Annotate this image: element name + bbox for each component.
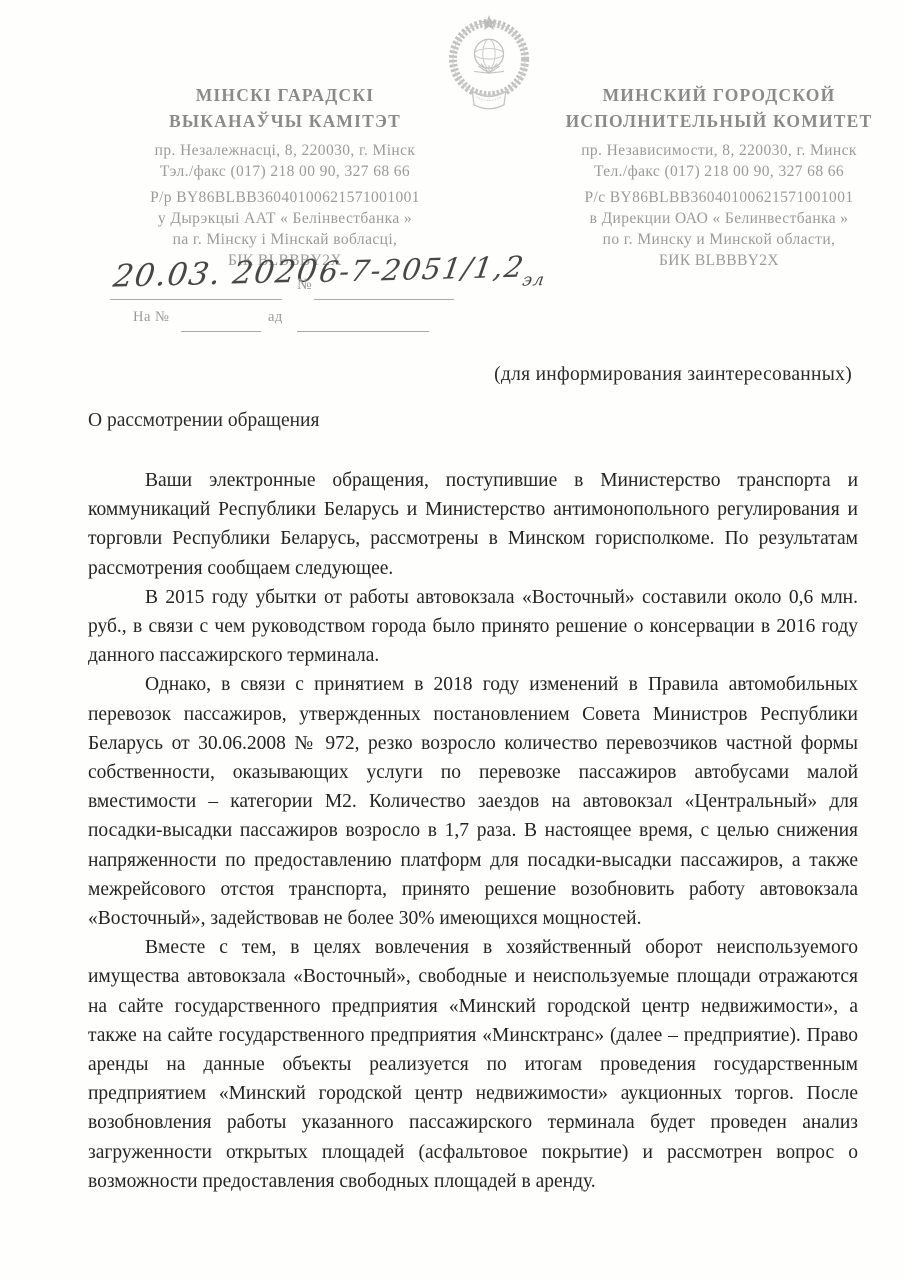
org-name-be-line1: МІНСКІ ГАРАДСКІ: [96, 82, 474, 108]
address-be: пр. Незалежнасці, 8, 220030, г. Мінск: [96, 140, 474, 161]
incoming-number-underline: [181, 331, 261, 332]
handwritten-date: 20.03. 2020: [111, 253, 321, 294]
account-be: Р/р BY86BLBB36040100621571001001: [96, 187, 474, 208]
number-underline: [314, 299, 454, 300]
account-ru: Р/с BY86BLBB36040100621571001001: [528, 187, 905, 208]
outgoing-number: 6-7-2051/1,2: [317, 250, 527, 289]
body-paragraph: В 2015 году убытки от работы автовокзала…: [88, 583, 858, 671]
body-paragraph: Вместе с тем, в целях вовлечения в хозяй…: [88, 933, 858, 1196]
handwritten-outgoing-number: 6-7-2051/1,2эл: [317, 249, 550, 289]
letterhead-right: МИНСКИЙ ГОРОДСКОЙ ИСПОЛНИТЕЛЬНЫЙ КОМИТЕТ…: [528, 82, 905, 271]
bank-be-line1: у Дырэкцыі ААТ « Белінвестбанка »: [96, 208, 474, 229]
address-ru: пр. Независимости, 8, 220030, г. Минск: [528, 140, 905, 161]
date-underline: [110, 299, 282, 300]
incoming-date-label: ад: [268, 309, 283, 326]
bik-ru: БИК BLBBBY2X: [528, 250, 905, 271]
outgoing-number-note: эл: [521, 270, 546, 291]
org-name-be-line2: ВЫКАНАЎЧЫ КАМІТЭТ: [96, 108, 474, 134]
incoming-date-underline: [297, 331, 429, 332]
phone-ru: Тел./факс (017) 218 00 90, 327 68 66: [528, 161, 905, 182]
phone-be: Тэл./факс (017) 218 00 90, 327 68 66: [96, 161, 474, 182]
org-name-ru-line1: МИНСКИЙ ГОРОДСКОЙ: [528, 82, 905, 108]
subject-line: О рассмотрении обращения: [88, 410, 319, 432]
bank-ru-line1: в Дирекции ОАО « Белинвестбанка »: [528, 208, 905, 229]
org-name-ru-line2: ИСПОЛНИТЕЛЬНЫЙ КОМИТЕТ: [528, 108, 905, 134]
incoming-number-label: На №: [133, 309, 169, 326]
letterhead-left: МІНСКІ ГАРАДСКІ ВЫКАНАЎЧЫ КАМІТЭТ пр. Не…: [96, 82, 474, 271]
letter-body: Ваши электронные обращения, поступившие …: [88, 466, 858, 1196]
bank-ru-line2: по г. Минску и Минской области,: [528, 229, 905, 250]
addressee-note: (для информирования заинтересованных): [494, 364, 852, 386]
scanned-letter-page: МІНСКІ ГАРАДСКІ ВЫКАНАЎЧЫ КАМІТЭТ пр. Не…: [0, 0, 905, 1280]
body-paragraph: Ваши электронные обращения, поступившие …: [88, 466, 858, 583]
number-sign-label: №: [297, 276, 312, 294]
body-paragraph: Однако, в связи с принятием в 2018 году …: [88, 670, 858, 933]
bank-be-line2: па г. Мінску і Мінскай вобласці,: [96, 229, 474, 250]
